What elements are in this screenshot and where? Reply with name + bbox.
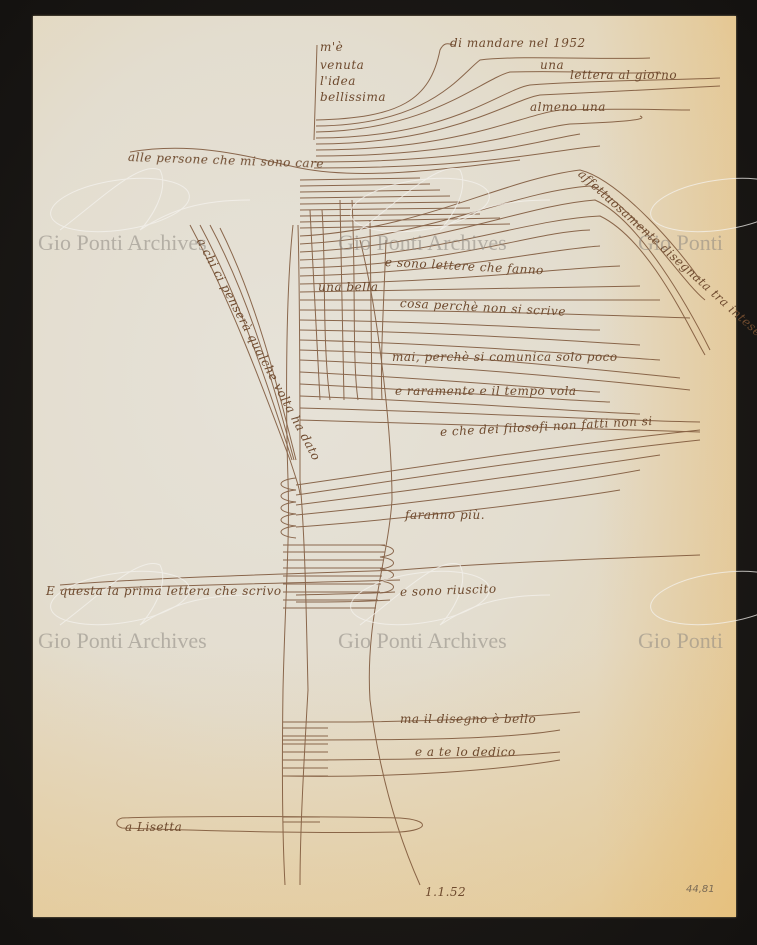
text-top-right-4: almeno una: [530, 100, 606, 114]
text-prima-lettera: E questa la prima lettera che scrivo: [46, 584, 282, 598]
text-top-right-1: di mandare nel 1952: [450, 36, 586, 50]
watermark: Gio Ponti: [638, 628, 723, 654]
text-top-right-2: una: [540, 58, 564, 72]
text-faranno: faranno più.: [405, 508, 485, 522]
archive-page-number: 44,81: [686, 884, 715, 895]
text-top-left-1: m'è: [320, 40, 343, 54]
watermark: Gio Ponti Archives: [38, 230, 207, 256]
text-top-left-3: l'idea: [320, 74, 356, 88]
fork-drawing: [0, 0, 757, 945]
watermark: Gio Ponti: [638, 230, 723, 256]
text-disegno: ma il disegno è bello: [400, 712, 536, 726]
text-top-left-4: bellissima: [320, 90, 386, 104]
date: 1.1.52: [425, 885, 466, 899]
text-mai: mai, perchè si comunica solo poco: [392, 350, 618, 364]
text-raramente: e raramente e il tempo vola: [395, 384, 577, 398]
watermark: Gio Ponti Archives: [338, 628, 507, 654]
watermark: Gio Ponti Archives: [38, 628, 207, 654]
text-dedico: e a te lo dedico: [415, 745, 516, 759]
signature: a Lisetta: [125, 820, 182, 834]
watermark: Gio Ponti Archives: [338, 230, 507, 256]
text-top-left-2: venuta: [320, 58, 364, 72]
text-bella: una bella: [318, 280, 379, 294]
text-top-right-3: lettera al giorno: [570, 68, 677, 82]
